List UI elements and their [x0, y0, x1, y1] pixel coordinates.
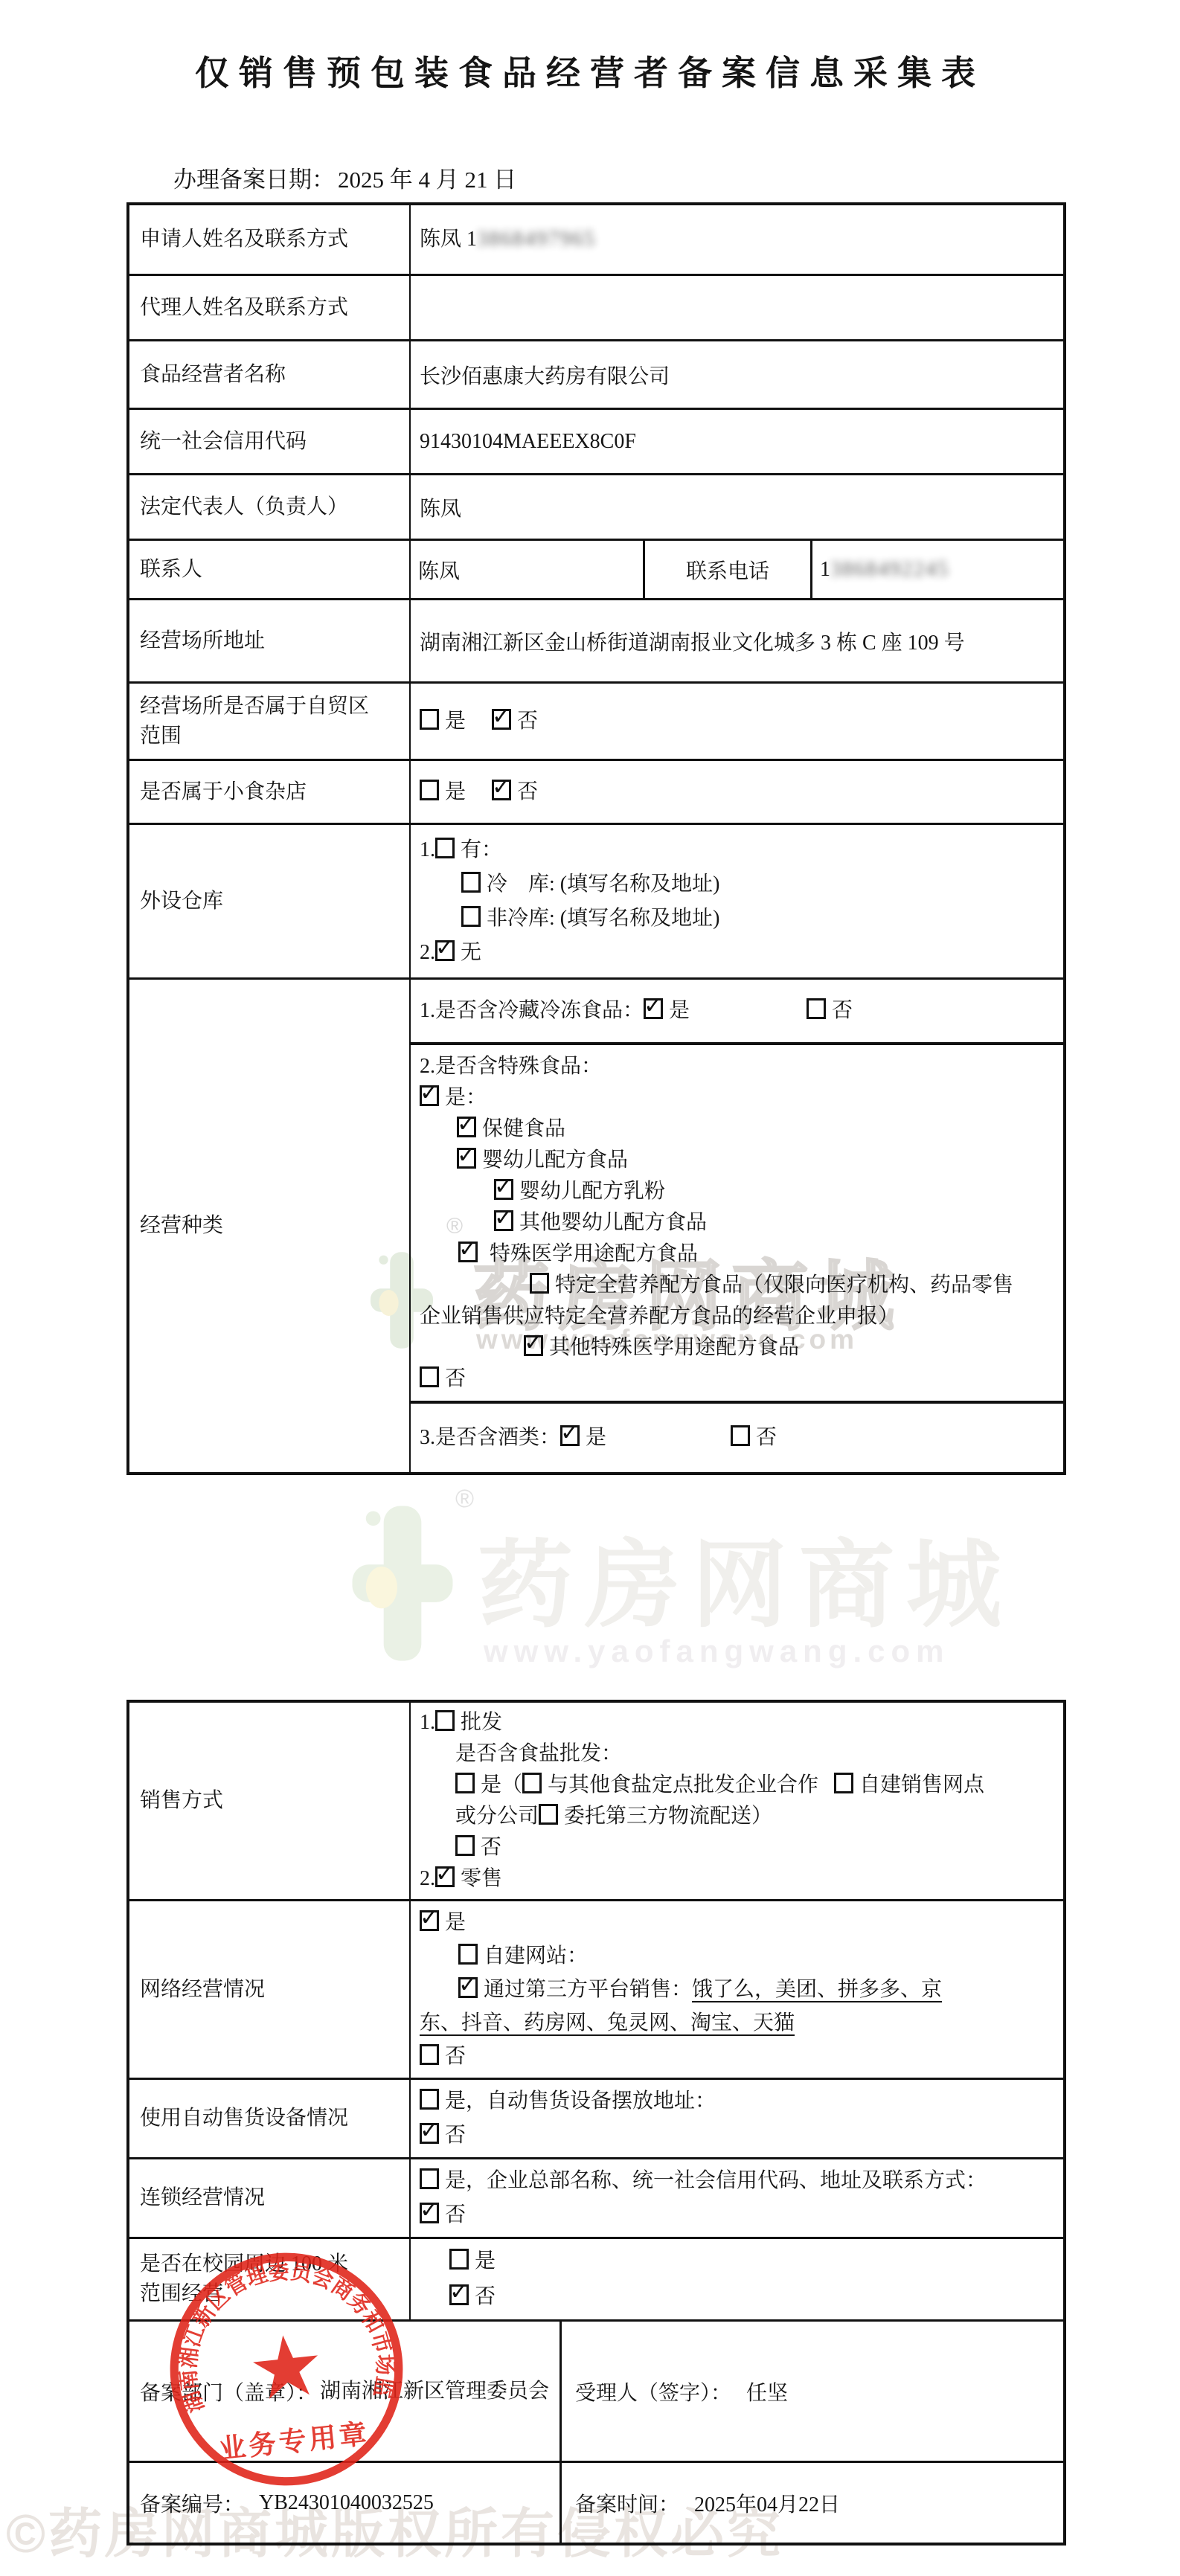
stamp-bottom-text: 业务专用章	[217, 2418, 371, 2464]
option-other-infant-formula: 其他婴幼儿配方食品	[519, 1211, 707, 1234]
filing-number-value: YB24301040032525	[259, 2491, 434, 2515]
row-small-grocery: 是否属于小食杂店 是 否	[129, 759, 1063, 823]
checkbox-chilled-no[interactable]	[807, 998, 826, 1019]
row-value: 是，自动售货设备摆放地址： 否	[409, 2080, 1063, 2157]
option-yes: 是	[445, 1911, 466, 1934]
option-own-outlet: 自建销售网点	[859, 1773, 984, 1796]
label-text: 经营种类	[140, 1211, 403, 1241]
option-full-nutrition-fsmp-cont: 企业销售供应特定全营养配方食品的经营企业申报）	[420, 1305, 899, 1328]
stamp-star-icon: ★	[243, 2317, 329, 2419]
pharmacy-cross-watermark-icon	[347, 1500, 458, 1667]
question-text: 1.是否含冷藏冷冻食品：	[420, 999, 644, 1022]
row-label: 经营场所地址	[129, 600, 409, 681]
filing-time-label: 备案时间：	[575, 2488, 679, 2518]
option-yes: 是	[445, 780, 466, 803]
checkbox-online-yes[interactable]	[420, 1910, 439, 1931]
platform-list: 饿了么，美团、拼多多、京	[692, 1978, 942, 2001]
filing-date-label: 办理备案日期：	[173, 167, 335, 193]
page-title: 仅销售预包装食品经营者备案信息采集表	[0, 46, 1180, 95]
option-wholesale: 批发	[461, 1711, 502, 1734]
row-label: 统一社会信用代码	[129, 410, 409, 473]
sub-alcohol: 3.是否含酒类：是 否	[411, 1401, 1063, 1472]
option-other-fsmp: 其他特殊医学用途配方食品	[549, 1336, 799, 1359]
option-non-cold-storage: 非冷库: (填写名称及地址)	[487, 907, 719, 930]
label-text: 联系电话	[686, 555, 769, 585]
checkbox-chain-no[interactable]	[420, 2203, 439, 2223]
option-salt-yes: 是（	[481, 1773, 522, 1796]
checkbox-special-yes[interactable]	[420, 1085, 439, 1106]
checkbox-school-no[interactable]	[449, 2284, 469, 2305]
salt-wholesale-question: 是否含食盐批发：	[455, 1742, 622, 1765]
applicant-phone-obscured: 3868497965	[477, 228, 596, 251]
row-label: 外设仓库	[129, 825, 409, 977]
option-no: 否	[481, 1836, 501, 1859]
option-have: 有：	[461, 838, 502, 861]
option-no: 否	[517, 710, 538, 733]
option-health-food: 保健食品	[482, 1117, 565, 1140]
label-text: 代理人姓名及联系方式	[140, 293, 403, 323]
label-text: 销售方式	[140, 1786, 403, 1816]
checkbox-third-party-platform[interactable]	[458, 1977, 478, 1998]
checkbox-salt-no[interactable]	[455, 1835, 475, 1856]
option-no: 否	[445, 2045, 466, 2068]
brand-watermark: 药房网商城	[478, 1509, 1013, 1645]
row-credit-code: 统一社会信用代码 91430104MAEEEX8C0F	[129, 408, 1063, 473]
contact-phone-obscured: 3868492245	[830, 558, 949, 582]
filing-date-value: 2025 年 4 月 21 日	[338, 167, 516, 193]
label-text: 申请人姓名及联系方式	[140, 225, 403, 254]
row-sales-mode: 销售方式 1.批发 是否含食盐批发： 是（与其他食盐定点批发企业合作 自建销售网…	[129, 1703, 1063, 1899]
checkbox-grocery-yes[interactable]	[420, 780, 439, 800]
row-value: 是 否	[409, 684, 1063, 759]
row-label: 联系人	[129, 541, 409, 598]
option-no: 否	[517, 780, 538, 803]
applicant-name: 陈凤 1	[420, 228, 477, 251]
option-own-website: 自建网站：	[484, 1944, 588, 1968]
question-text: 2.是否含特殊食品：	[420, 1055, 602, 1078]
option-no: 否	[475, 2285, 496, 2308]
item-number: 2.	[420, 1867, 435, 1890]
row-value: 陈凤	[409, 475, 1063, 539]
option-yes: 是	[586, 1426, 606, 1449]
checkbox-alcohol-no[interactable]	[731, 1425, 750, 1446]
row-chain-operation: 连锁经营情况 是，企业总部名称、统一社会信用代码、地址及联系方式： 否	[129, 2157, 1063, 2237]
phone-prefix: 1	[820, 558, 830, 582]
checkbox-school-yes[interactable]	[449, 2249, 469, 2270]
row-value: 是，企业总部名称、统一社会信用代码、地址及联系方式： 否	[409, 2159, 1063, 2237]
filing-date-line: 办理备案日期：2025 年 4 月 21 日	[173, 161, 519, 194]
filing-time-value: 2025年04月22日	[694, 2488, 840, 2518]
platform-list-cont: 东、抖音、药房网、兔灵网、淘宝、天猫	[420, 2011, 795, 2034]
row-vending-machine: 使用自动售货设备情况 是，自动售货设备摆放地址： 否	[129, 2078, 1063, 2157]
option-third-party-logistics: 委托第三方物流配送）	[564, 1805, 772, 1828]
option-yes: 是	[475, 2249, 496, 2273]
row-label: 代理人姓名及联系方式	[129, 276, 409, 339]
checkbox-chilled-yes[interactable]	[644, 998, 663, 1019]
option-third-party-platform: 通过第三方平台销售：	[484, 1978, 692, 2001]
checkbox-salt-yes[interactable]	[455, 1773, 475, 1793]
operator-name-value: 长沙佰惠康大药房有限公司	[420, 360, 1056, 390]
contact-name: 陈凤	[418, 555, 460, 585]
row-label: 经营种类	[129, 980, 409, 1472]
checkbox-other-infant-formula[interactable]	[494, 1210, 513, 1231]
checkbox-ftz-yes[interactable]	[420, 709, 439, 730]
label-text: 是否属于小食杂店	[140, 777, 403, 807]
row-external-warehouse: 外设仓库 1.有： 冷 库: (填写名称及地址) 非冷库: (填写名称及地址) …	[129, 823, 1063, 977]
label-text: 外设仓库	[140, 887, 403, 916]
checkbox-wholesale[interactable]	[435, 1710, 455, 1731]
checkbox-third-party-logistics[interactable]	[539, 1804, 558, 1825]
checkbox-vending-no[interactable]	[420, 2123, 439, 2144]
label-text: 食品经营者名称	[140, 360, 403, 390]
checkbox-own-outlet[interactable]	[834, 1773, 853, 1793]
checkbox-online-no[interactable]	[420, 2044, 439, 2065]
row-value: 91430104MAEEEX8C0F	[409, 410, 1063, 473]
option-yes: 是：	[445, 1086, 487, 1109]
row-value: 是 自建网站： 通过第三方平台销售：饿了么，美团、拼多多、京 东、抖音、药房网、…	[409, 1901, 1063, 2078]
question-text: 3.是否含酒类：	[420, 1426, 560, 1449]
row-value: 陈凤 13868497965	[409, 205, 1063, 274]
row-label: 销售方式	[129, 1703, 409, 1899]
option-retail: 零售	[461, 1867, 502, 1890]
row-value: 是 否	[409, 2239, 1063, 2319]
row-online-business: 网络经营情况 是 自建网站： 通过第三方平台销售：饿了么，美团、拼多多、京 东、…	[129, 1899, 1063, 2078]
row-label: 网络经营情况	[129, 1901, 409, 2078]
item-number: 1.	[420, 1711, 435, 1734]
label-text: 统一社会信用代码	[140, 427, 403, 457]
row-label: 连锁经营情况	[129, 2159, 409, 2237]
registered-mark-watermark: ®	[455, 1485, 474, 1514]
checkbox-non-cold-storage[interactable]	[461, 906, 481, 927]
checkbox-special-no[interactable]	[420, 1366, 439, 1387]
label-text: 经营场所地址	[140, 626, 403, 656]
acceptor-signature: 任坚	[746, 2377, 788, 2406]
row-premises-address: 经营场所地址 湖南湘江新区金山桥街道湖南报业文化城多 3 栋 C 座 109 号	[129, 598, 1063, 681]
row-operator-name: 食品经营者名称 长沙佰惠康大药房有限公司	[129, 339, 1063, 408]
checkbox-full-nutrition-fsmp[interactable]	[530, 1273, 549, 1294]
row-legal-representative: 法定代表人（负责人） 陈凤	[129, 473, 1063, 539]
contact-name-cell: 陈凤	[411, 541, 643, 598]
form-table-1: 申请人姓名及联系方式 陈凤 13868497965 代理人姓名及联系方式 食品经…	[126, 202, 1066, 1475]
row-contact-person: 联系人 陈凤 联系电话 13868492245	[129, 539, 1063, 598]
option-full-nutrition-fsmp: 特定全营养配方食品（仅限向医疗机构、药品零售	[555, 1273, 1013, 1297]
row-applicant-contact: 申请人姓名及联系方式 陈凤 13868497965	[129, 205, 1063, 274]
row-agent-contact: 代理人姓名及联系方式	[129, 274, 1063, 339]
checkbox-alcohol-yes[interactable]	[560, 1425, 580, 1446]
sub-special-food: 2.是否含特殊食品： 是： 保健食品 婴幼儿配方食品 婴幼儿配方乳粉 其他婴幼儿…	[411, 1042, 1063, 1401]
checkbox-warehouse-none[interactable]	[435, 940, 455, 961]
label-text: 范围	[140, 722, 403, 751]
row-value[interactable]	[409, 276, 1063, 339]
checkbox-chain-yes[interactable]	[420, 2168, 439, 2189]
option-yes: 是，自动售货设备摆放地址：	[445, 2090, 716, 2113]
checkbox-salt-coop[interactable]	[522, 1773, 542, 1793]
label-text: 联系人	[140, 555, 403, 585]
label-text: 连锁经营情况	[140, 2183, 403, 2213]
label-text: 经营场所是否属于自贸区	[140, 692, 403, 722]
option-cold-storage: 冷 库: (填写名称及地址)	[487, 873, 719, 896]
checkbox-retail[interactable]	[435, 1866, 455, 1887]
label-text: 网络经营情况	[140, 1975, 403, 2005]
item-number: 1.	[420, 838, 435, 861]
option-no: 否	[445, 2203, 466, 2226]
legal-representative-value: 陈凤	[420, 492, 1056, 522]
option-yes: 是	[445, 710, 466, 733]
brand-url-watermark: www.yaofangwang.com	[484, 1634, 950, 1669]
option-no: 否	[445, 2124, 466, 2147]
checkbox-ftz-no[interactable]	[492, 709, 511, 730]
checkbox-grocery-no[interactable]	[492, 780, 511, 800]
row-business-categories: 经营种类 1.是否含冷藏冷冻食品：是 否 2.是否含特殊食品： 是： 保健食品 …	[129, 977, 1063, 1472]
checkbox-infant-milk-powder[interactable]	[494, 1179, 513, 1200]
checkbox-own-website[interactable]	[458, 1944, 478, 1965]
acceptor-cell: 受理人（签字）：任坚	[559, 2322, 1063, 2461]
option-no: 否	[756, 1426, 777, 1449]
option-yes: 是	[669, 999, 690, 1022]
premises-address-value: 湖南湘江新区金山桥街道湖南报业文化城多 3 栋 C 座 109 号	[420, 626, 1056, 656]
scanned-form-page: ® 药房网商城 www.yaofangwang.com ® 药房网商城 www.…	[0, 0, 1180, 2576]
row-value: 长沙佰惠康大药房有限公司	[409, 341, 1063, 408]
row-value: 1.有： 冷 库: (填写名称及地址) 非冷库: (填写名称及地址) 2.无	[409, 825, 1063, 977]
checkbox-warehouse-have[interactable]	[435, 838, 455, 858]
sub-chilled-frozen: 1.是否含冷藏冷冻食品：是 否	[411, 980, 1063, 1042]
option-yes: 是，企业总部名称、统一社会信用代码、地址及联系方式：	[445, 2169, 987, 2192]
option-none: 无	[461, 941, 481, 964]
row-free-trade-zone: 经营场所是否属于自贸区 范围 是 否	[129, 681, 1063, 759]
option-own-outlet-cont: 或分公司	[455, 1805, 539, 1828]
acceptor-label: 受理人（签字）：	[575, 2377, 731, 2406]
checkbox-other-fsmp[interactable]	[524, 1335, 543, 1356]
row-label: 食品经营者名称	[129, 341, 409, 408]
option-no: 否	[445, 1367, 466, 1390]
row-label: 使用自动售货设备情况	[129, 2080, 409, 2157]
row-value: 湖南湘江新区金山桥街道湖南报业文化城多 3 栋 C 座 109 号	[409, 600, 1063, 681]
checkbox-vending-yes[interactable]	[420, 2089, 439, 2110]
contact-phone-cell: 13868492245	[810, 541, 1063, 598]
label-text: 法定代表人（负责人）	[140, 492, 403, 522]
business-categories-cells: 1.是否含冷藏冷冻食品：是 否 2.是否含特殊食品： 是： 保健食品 婴幼儿配方…	[409, 980, 1063, 1472]
row-label: 申请人姓名及联系方式	[129, 205, 409, 274]
label-text: 使用自动售货设备情况	[140, 2104, 403, 2133]
filing-time-cell: 备案时间：2025年04月22日	[559, 2463, 1063, 2543]
option-infant-milk-powder: 婴幼儿配方乳粉	[519, 1180, 665, 1203]
row-label: 经营场所是否属于自贸区 范围	[129, 684, 409, 759]
credit-code-value: 91430104MAEEEX8C0F	[420, 430, 1056, 454]
option-salt-coop: 与其他食盐定点批发企业合作	[548, 1773, 818, 1796]
checkbox-infant-formula[interactable]	[457, 1148, 476, 1169]
checkbox-cold-storage[interactable]	[461, 872, 481, 893]
row-label: 是否属于小食杂店	[129, 761, 409, 823]
row-label: 法定代表人（负责人）	[129, 475, 409, 539]
item-number: 2.	[420, 941, 435, 964]
contact-cells: 陈凤 联系电话 13868492245	[409, 541, 1063, 598]
option-infant-formula: 婴幼儿配方食品	[482, 1149, 628, 1172]
official-red-stamp: 湖南湘江新区管理委员会商务和市场监督管理局 ★ 业务专用章	[153, 2236, 420, 2502]
checkbox-health-food[interactable]	[457, 1117, 476, 1137]
row-value: 是 否	[409, 761, 1063, 823]
contact-phone-label: 联系电话	[643, 541, 810, 598]
row-value: 1.批发 是否含食盐批发： 是（与其他食盐定点批发企业合作 自建销售网点 或分公…	[409, 1703, 1063, 1899]
checkbox-fsmp[interactable]	[458, 1242, 478, 1262]
option-no: 否	[832, 999, 853, 1022]
option-fsmp: 特殊医学用途配方食品	[490, 1242, 698, 1265]
